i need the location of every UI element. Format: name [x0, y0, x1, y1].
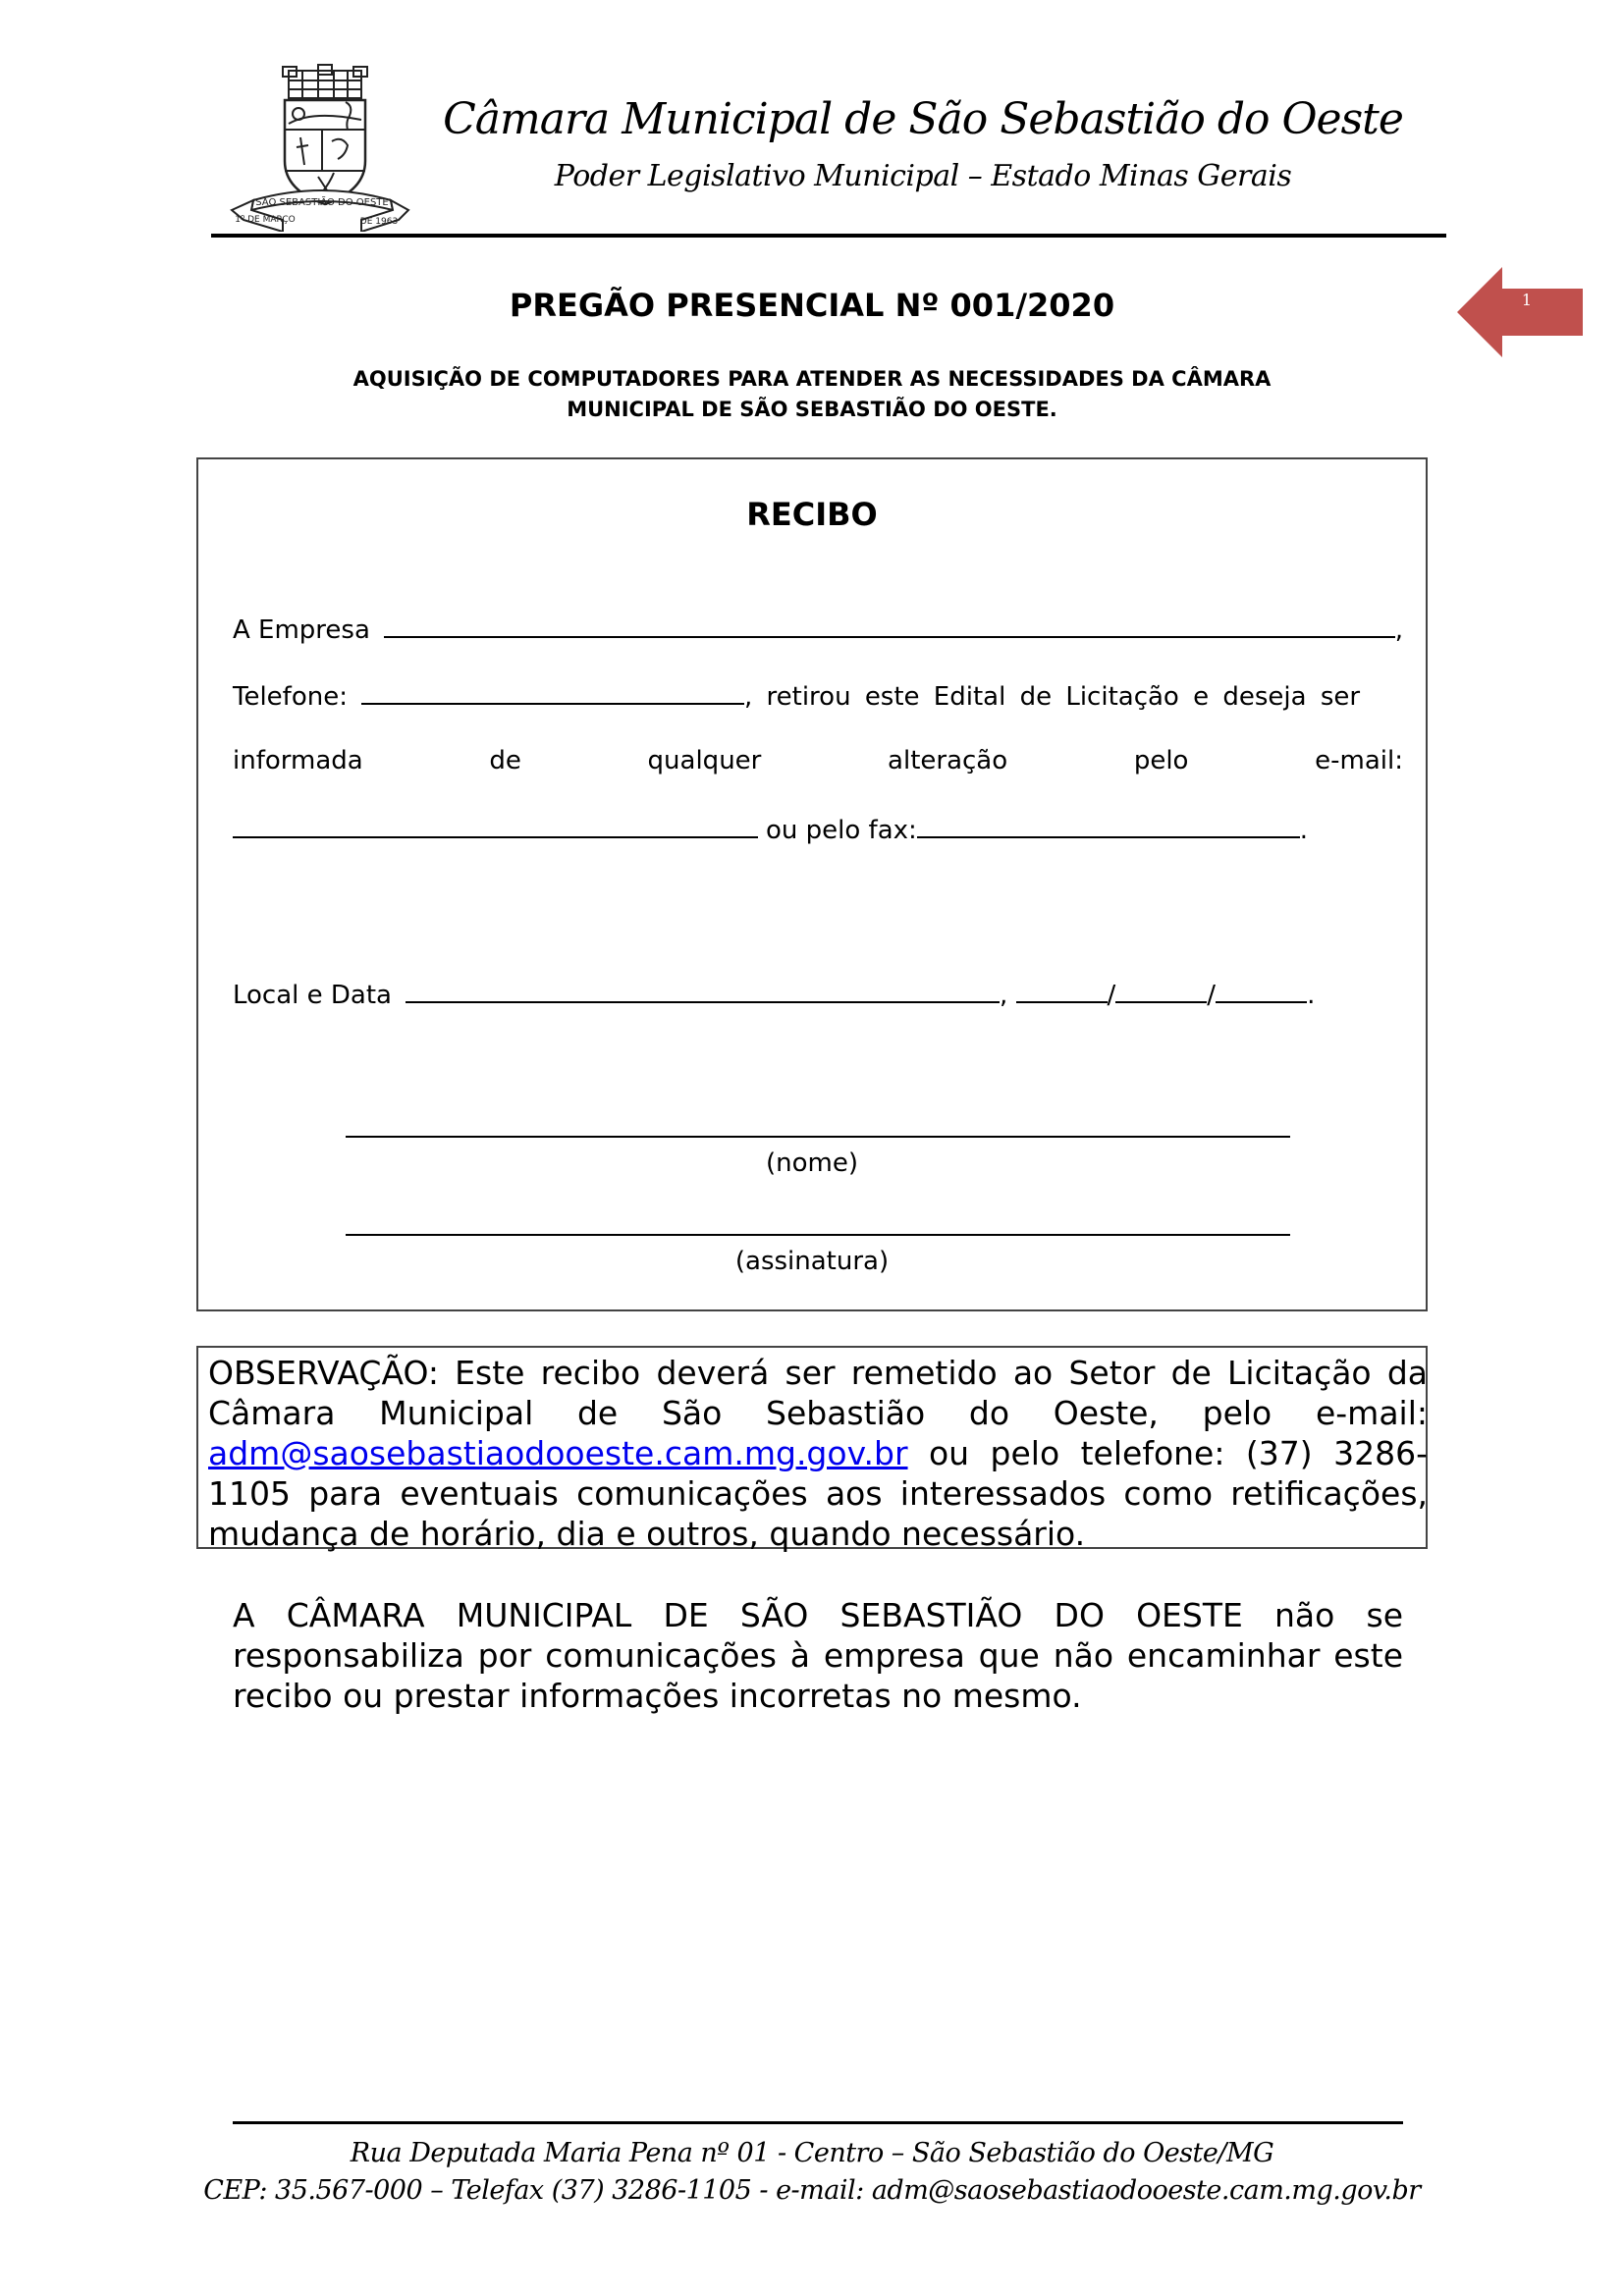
fax-field[interactable] — [917, 813, 1300, 838]
footer-divider — [233, 2121, 1403, 2124]
fax-suffix: . — [1300, 816, 1308, 845]
svg-text:1º DE MARÇO: 1º DE MARÇO — [235, 215, 295, 225]
institution-subtitle: Poder Legislativo Municipal – Estado Min… — [432, 159, 1414, 193]
receipt-title: RECIBO — [0, 496, 1624, 533]
local-date-row: Local e Data , / / . — [233, 978, 1403, 1010]
telefone-row: Telefone: , retirou este Edital de Licit… — [233, 679, 1403, 712]
word: e-mail: — [1315, 746, 1403, 775]
date-separator: / — [1207, 981, 1216, 1010]
telefone-field[interactable] — [361, 679, 744, 705]
date-separator: / — [1108, 981, 1116, 1010]
word: qualquer — [648, 746, 762, 775]
name-label: (nome) — [0, 1148, 1624, 1178]
document-subtitle-line1: AQUISIÇÃO DE COMPUTADORES PARA ATENDER A… — [0, 367, 1624, 391]
empresa-row: A Empresa , — [233, 613, 1403, 645]
empresa-field[interactable] — [384, 613, 1395, 638]
word: informada — [233, 746, 363, 775]
observation-text: OBSERVAÇÃO: Este recibo deverá ser remet… — [208, 1353, 1428, 1554]
local-field[interactable] — [406, 978, 1000, 1003]
signature-line[interactable] — [346, 1234, 1290, 1236]
period: . — [1307, 981, 1315, 1010]
email-field[interactable] — [233, 813, 758, 838]
comma: , — [1000, 981, 1016, 1010]
coat-of-arms-icon: SÃO SEBASTIÃO DO OESTE 1º DE MARÇO DE 19… — [224, 63, 416, 232]
document-subtitle-line2: MUNICIPAL DE SÃO SEBASTIÃO DO OESTE. — [0, 398, 1624, 421]
disclaimer-paragraph: A CÂMARA MUNICIPAL DE SÃO SEBASTIÃO DO O… — [233, 1595, 1403, 1716]
date-month-field[interactable] — [1115, 978, 1207, 1003]
document-title: PREGÃO PRESENCIAL Nº 001/2020 — [0, 287, 1624, 324]
svg-text:DE 1963: DE 1963 — [360, 217, 398, 227]
footer-address: Rua Deputada Maria Pena nº 01 - Centro –… — [0, 2138, 1624, 2168]
footer-contact: CEP: 35.567-000 – Telefax (37) 3286-1105… — [0, 2175, 1624, 2206]
email-link[interactable]: adm@saosebastiaodooeste.cam.mg.gov.br — [208, 1434, 908, 1472]
empresa-suffix: , — [1395, 615, 1403, 645]
fax-label: ou pelo fax: — [766, 816, 917, 845]
email-fax-row: ou pelo fax: . — [233, 813, 1403, 845]
date-day-field[interactable] — [1016, 978, 1108, 1003]
word: pelo — [1134, 746, 1189, 775]
coat-of-arms-logo: SÃO SEBASTIÃO DO OESTE 1º DE MARÇO DE 19… — [224, 63, 416, 232]
institution-name: Câmara Municipal de São Sebastião do Oes… — [432, 94, 1414, 144]
svg-text:SÃO SEBASTIÃO DO OESTE: SÃO SEBASTIÃO DO OESTE — [255, 195, 388, 208]
telefone-label: Telefone: — [233, 682, 348, 712]
receipt-form-box — [196, 457, 1428, 1311]
signature-label: (assinatura) — [0, 1247, 1624, 1276]
word: alteração — [888, 746, 1007, 775]
date-year-field[interactable] — [1216, 978, 1307, 1003]
header-divider — [211, 234, 1446, 238]
name-signature-line[interactable] — [346, 1136, 1290, 1138]
informada-row: informada de qualquer alteração pelo e-m… — [233, 746, 1403, 775]
telefone-suffix: , retirou este Edital de Licitação e des… — [744, 682, 1403, 712]
local-label: Local e Data — [233, 981, 392, 1010]
empresa-label: A Empresa — [233, 615, 370, 645]
word: de — [489, 746, 521, 775]
